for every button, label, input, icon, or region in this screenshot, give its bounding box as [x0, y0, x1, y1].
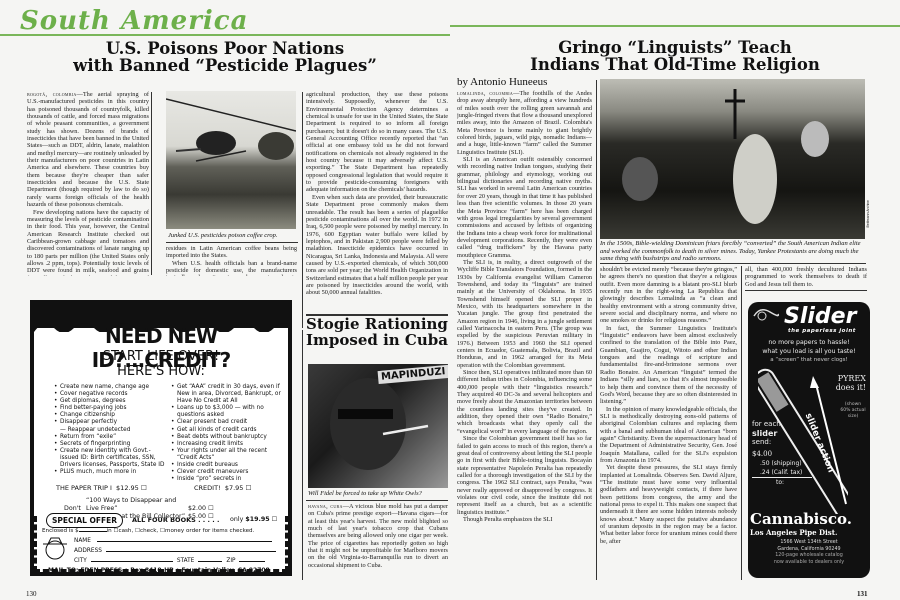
order-paper-trip[interactable]: THE PAPER TRIP I $12.95 ☐: [56, 484, 147, 492]
dateline: bogotá, colombia: [27, 91, 77, 98]
helicopter-caption: Junked U.S. pesticides poison coffee cro…: [168, 232, 298, 240]
cuba-body: havana, cuba—A vicious blue mold has put…: [308, 503, 448, 578]
left-headline-line1: U.S. Poisons Poor Nations: [0, 40, 450, 57]
helicopter-icon: [166, 91, 296, 229]
col-divider: [741, 266, 742, 580]
right-headline: Gringo “Linguists” Teach Indians That Ol…: [450, 39, 900, 74]
section-rule-left: [0, 34, 450, 36]
slider-brand: Slider: [784, 304, 856, 329]
payment-line: Enclosed is $in ☐cash, ☐check, ☐money or…: [42, 528, 254, 534]
caption-rule: [306, 500, 448, 501]
address-field-row[interactable]: ADDRESS: [74, 548, 279, 554]
left-headline: U.S. Poisons Poor Nations with Banned “P…: [0, 40, 450, 75]
left-headline-line2: with Banned “Pesticide Plagues”: [0, 57, 450, 74]
page-number-right: 131: [857, 590, 868, 598]
ad-slider: Slider the paperless joint no more paper…: [748, 302, 870, 578]
byline: by Antonio Huneeus: [457, 76, 547, 88]
left-article-col1: bogotá, colombia—The aerial spraying of …: [27, 91, 149, 276]
checkbox-icon[interactable]: ☐: [272, 516, 278, 523]
all-four-books: ALL FOUR BOOKS . . . . .: [132, 516, 219, 524]
order-copy: for each slider send: $4.00 .50 (shippin…: [752, 420, 812, 487]
helicopter-photo: [166, 91, 296, 229]
checkbox-icon[interactable]: ☐: [141, 484, 147, 492]
checkbox-icon[interactable]: ☐: [208, 505, 214, 512]
section-title: South America: [20, 6, 248, 36]
painting-caption: In the 1500s, Bible-wielding Dominican f…: [600, 240, 866, 263]
col-divider: [596, 80, 597, 580]
ad-sub1: START LIFE OVER!: [34, 349, 288, 364]
col-divider: [302, 330, 303, 580]
section-rule-right: [450, 25, 900, 27]
order-all-four[interactable]: only $19.95 ☐: [230, 516, 277, 523]
order-credit[interactable]: CREDIT! $7.95 ☐: [194, 484, 251, 492]
checkbox-icon[interactable]: ☐: [246, 484, 252, 492]
state-field[interactable]: [198, 561, 222, 562]
photo-credit: Bettmann Archive: [866, 200, 870, 227]
mail-to-address: MAIL TO: EDEN PRESS • Box 8410-HP • Foun…: [48, 567, 270, 574]
ad-right-list: Get “AAA” credit in 30 days, even if New…: [171, 384, 283, 483]
name-field-row[interactable]: NAME: [74, 538, 279, 544]
cuba-headline-line2: Imposed in Cuba: [306, 333, 448, 349]
address-field[interactable]: [106, 551, 276, 552]
amount-field[interactable]: [79, 531, 107, 532]
right-article-col3: all, than 400,000 freshly decultured Ind…: [745, 266, 867, 288]
swirl-logo-icon: [752, 306, 780, 324]
pyrex-text: PYREX does it!: [826, 374, 866, 392]
slider-tagline: the paperless joint: [788, 328, 856, 334]
cuba-headline: Stogie Rationing Imposed in Cuba: [306, 317, 448, 349]
distributor-name: Los Angeles Pipe Dist.: [750, 528, 837, 537]
slider-address: 1566 West 134th Street Gardena, Californ…: [748, 540, 870, 566]
shown-size: (shown 60% actual size): [840, 402, 866, 420]
caption-rule: [600, 263, 866, 264]
special-offer-badge: SPECIAL OFFER: [46, 513, 123, 528]
fidel-caption: Will Fidel be forced to take up White Ow…: [308, 490, 450, 498]
right-headline-line1: Gringo “Linguists” Teach: [450, 39, 900, 56]
right-article-col1: lomalinda, colombia—The foothills of the…: [457, 90, 592, 580]
cartoon-man-icon: [40, 536, 70, 566]
fidel-photo: MAPINDUZI: [308, 364, 448, 488]
cannabisco-logo: Cannabisco.: [750, 510, 852, 528]
name-field[interactable]: [97, 541, 272, 542]
conquistador-painting: [600, 79, 865, 239]
zip-field[interactable]: [239, 561, 265, 562]
left-article-col3: agricultural production, they use these …: [306, 91, 448, 312]
ad-sub2: HERE'S HOW:: [34, 364, 288, 379]
city-field[interactable]: [91, 561, 173, 562]
page-number-left: 130: [26, 590, 37, 598]
caption-rule: [166, 242, 298, 243]
ad-left-list: Create new name, change age Cover negati…: [54, 384, 166, 476]
painting-figures-icon: [600, 79, 865, 239]
col-divider: [302, 92, 303, 328]
right-article-col2: shouldn't be evicted merely “because the…: [600, 266, 737, 581]
left-article-col2: residues in Latin American coffee beans …: [166, 245, 297, 276]
city-field-row[interactable]: CITYSTATEZIP: [74, 558, 284, 564]
slider-copy: no more papers to hassle! what you load …: [748, 338, 870, 365]
ad-need-new-id: NEED NEW ID?...CREDIT? START LIFE OVER! …: [30, 300, 292, 576]
col3-end-rule: [745, 290, 867, 291]
right-headline-line2: Indians That Old-Time Religion: [450, 56, 900, 73]
col-divider: [151, 92, 152, 275]
